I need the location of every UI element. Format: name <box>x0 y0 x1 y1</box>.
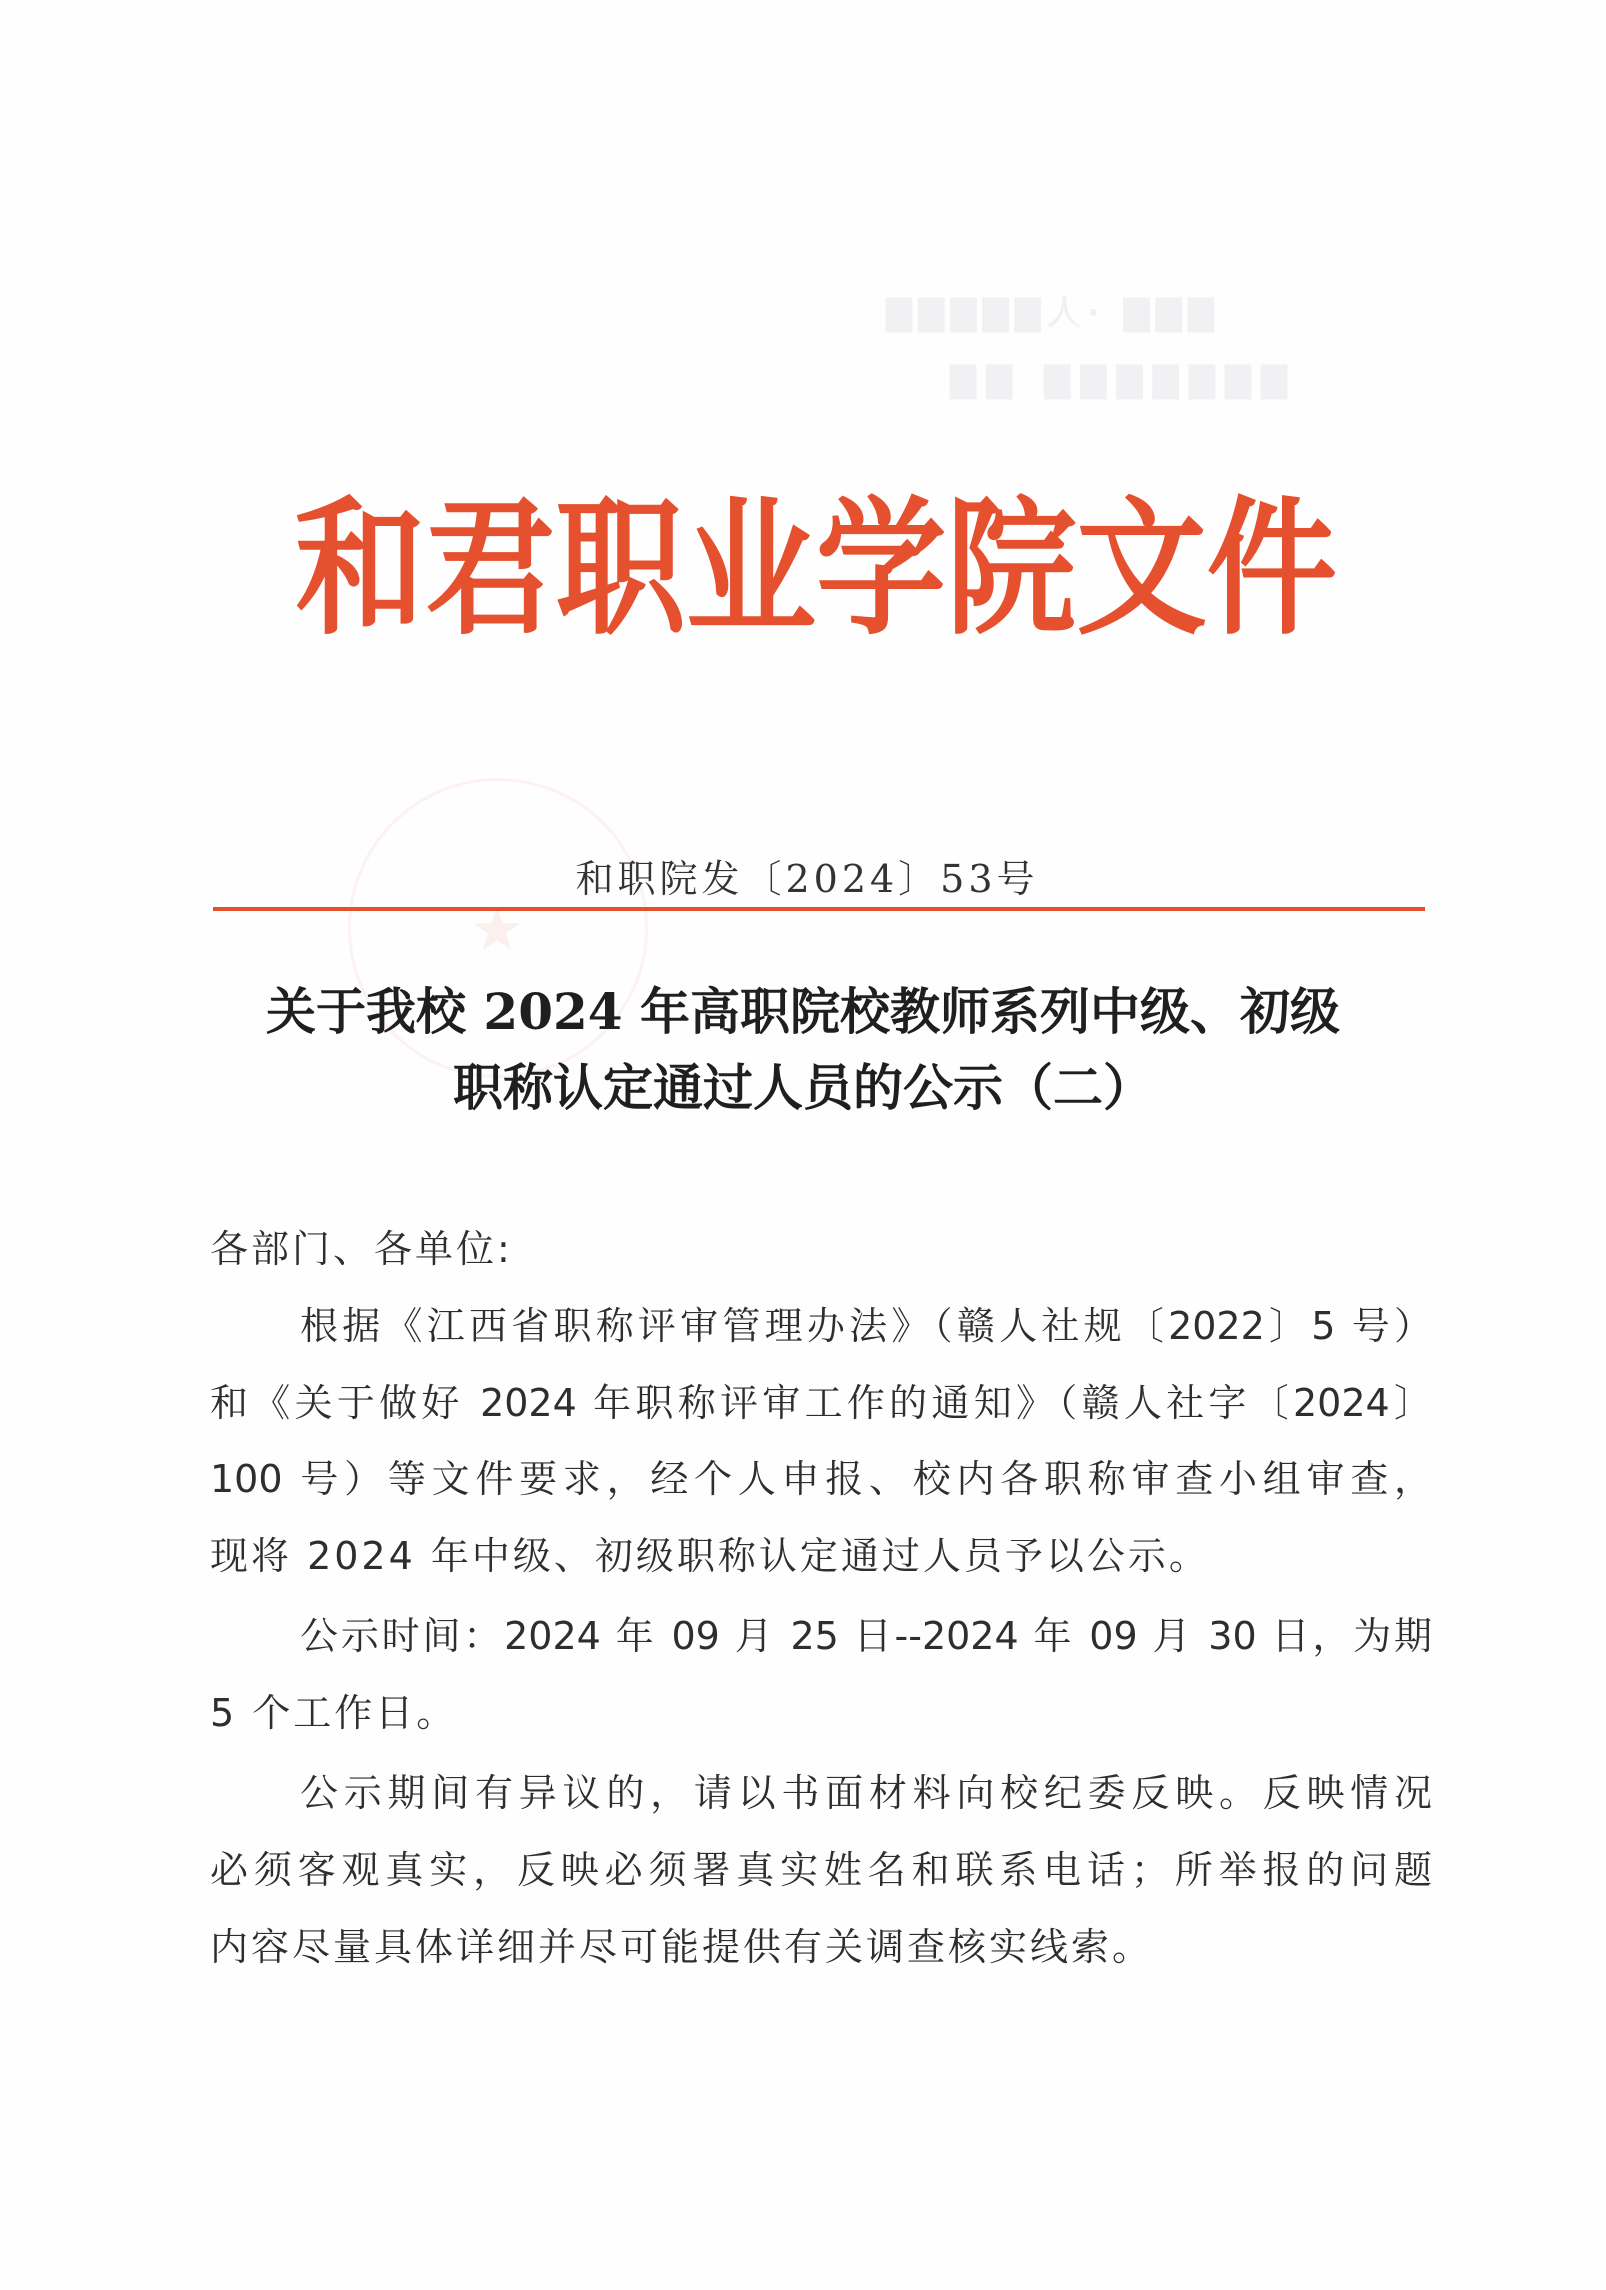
document-title-line-2: 职称认定通过人员的公示（二） <box>0 1048 1606 1120</box>
letterhead-char: 学 <box>816 478 946 658</box>
paragraph-2-line-1: 公示时间：2024 年 09 月 25 日--2024 年 09 月 30 日，… <box>300 1605 1432 1660</box>
letterhead-title: 和 君 职 业 学 院 文 件 <box>295 478 1219 658</box>
paragraph-1-line-4: 现将 2024 年中级、初级职称认定通过人员予以公示。 <box>210 1525 1210 1580</box>
letterhead-char: 和 <box>295 478 425 658</box>
document-page: ▇▇▇ ·人▇▇▇▇▇ ▇▇▇▇▇▇▇ ▇▇ 和 君 职 业 学 院 文 件 ★… <box>0 0 1606 2290</box>
letterhead-char: 文 <box>1076 478 1206 658</box>
red-divider-rule <box>213 907 1425 911</box>
paragraph-3-line-2: 必须客观真实，反映必须署真实姓名和联系电话；所举报的问题 <box>210 1839 1432 1894</box>
paragraph-2-line-2: 5 个工作日。 <box>210 1682 457 1737</box>
salutation: 各部门、各单位: <box>210 1218 513 1273</box>
document-number: 和职院发〔2024〕53号 <box>0 848 1606 903</box>
paragraph-3-line-1: 公示期间有异议的，请以书面材料向校纪委反映。反映情况 <box>300 1762 1432 1817</box>
document-title-line-1: 关于我校 2024 年高职院校教师系列中级、初级 <box>0 972 1606 1044</box>
paragraph-1-line-1: 根据《江西省职称评审管理办法》（赣人社规〔2022〕5 号） <box>300 1295 1432 1350</box>
letterhead-char: 职 <box>555 478 685 658</box>
letterhead-char: 件 <box>1207 478 1337 658</box>
paragraph-1-line-2: 和《关于做好 2024 年职称评审工作的通知》（赣人社字〔2024〕 <box>210 1372 1432 1427</box>
letterhead-char: 院 <box>946 478 1076 658</box>
letterhead-char: 业 <box>686 478 816 658</box>
bleed-through-text: ▇▇▇▇▇▇▇ ▇▇ <box>940 360 1287 400</box>
paragraph-3-line-3: 内容尽量具体详细并尽可能提供有关调查核实线索。 <box>210 1916 1153 1971</box>
paragraph-1-line-3: 100 号）等文件要求，经个人申报、校内各职称审查小组审查， <box>210 1448 1432 1503</box>
bleed-through-text: ▇▇▇ ·人▇▇▇▇▇ <box>880 285 1214 334</box>
letterhead-char: 君 <box>425 478 555 658</box>
